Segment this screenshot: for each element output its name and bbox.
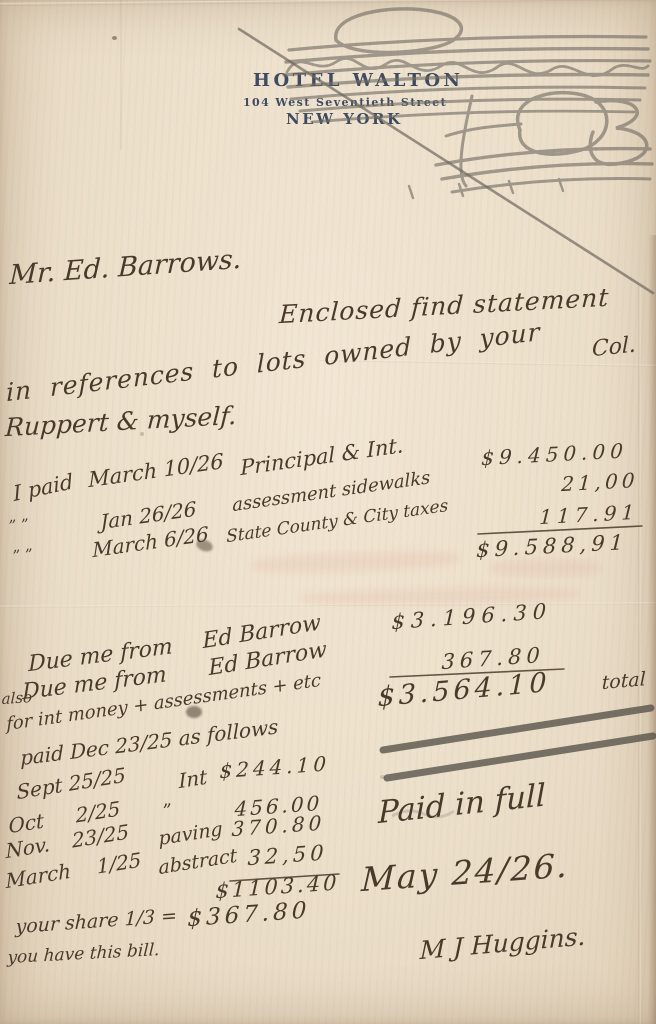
letter-sheet: HOTEL WALTON 104 West Seventieth Street … — [0, 0, 656, 1024]
pencil-diagonal-line — [239, 29, 653, 293]
fold-crease-horizontal-lower — [0, 602, 656, 607]
paid-in-full-note: Paid in full — [378, 777, 546, 831]
paid-row-prefix: ” ” — [8, 515, 30, 535]
paid-row-amount: 117.91 — [539, 500, 640, 529]
letterhead-address: 104 West Seventieth Street — [243, 96, 447, 109]
paid-row-date: March 10/26 — [88, 449, 224, 492]
signature: M J Huggins. — [419, 922, 585, 966]
payment-row-desc: abstract — [158, 845, 238, 880]
page-right-edge-shadow — [648, 235, 656, 1024]
paid-row-desc: Principal & Int. — [240, 433, 404, 480]
fold-crease-horizontal-upper — [0, 0, 656, 6]
payment-row-amount: 32,50 — [247, 840, 328, 870]
ink-bleedthrough-mark — [250, 548, 461, 575]
paid-row-prefix: ” ” — [12, 545, 34, 565]
fold-crease-vertical-right — [638, 285, 641, 1024]
payment-row-desc: paving — [158, 818, 223, 850]
payment-row-desc: ” — [162, 800, 173, 822]
closing-note: you have this bill. — [7, 940, 160, 968]
share-amount: $367.80 — [187, 897, 311, 932]
payment-row-desc: Int — [178, 764, 208, 793]
paper-speck — [380, 775, 385, 779]
payment-row-amount: $244.10 — [219, 751, 330, 783]
payment-row-amount: 370.80 — [231, 810, 326, 841]
letterhead-city: NEW YORK — [286, 110, 403, 128]
dues-total-suffix: total — [602, 668, 646, 694]
body-line-2: in references to lots owned by your — [6, 317, 541, 407]
dues-total-amount: $3.564.10 — [377, 667, 550, 713]
paid-row-amount: 21,00 — [561, 468, 639, 496]
paid-date: May 24/26. — [361, 845, 570, 899]
body-line-1: Enclosed find statement — [278, 283, 610, 329]
ink-bleedthrough-mark — [490, 560, 600, 576]
pencil-double-strike — [383, 708, 653, 778]
paid-total-amount: $9.588,91 — [476, 530, 629, 562]
letterhead-hotel-name: HOTEL WALTON — [253, 70, 463, 91]
body-line-2-suffix: Col. — [592, 332, 636, 362]
salutation: Mr. Ed. Barrows. — [9, 244, 242, 291]
share-label: your share 1/3 = — [15, 905, 177, 938]
dues-amount-1: $3.196.30 — [391, 599, 552, 634]
body-line-3: Ruppert & myself. — [4, 401, 237, 442]
paid-row-prefix: I paid — [12, 469, 74, 506]
fold-crease-vertical-top — [120, 0, 122, 150]
paper-speck — [112, 36, 117, 40]
paid-row-amount: $9.450.00 — [481, 438, 629, 470]
payments-total-amount: $1103.40 — [215, 870, 340, 903]
